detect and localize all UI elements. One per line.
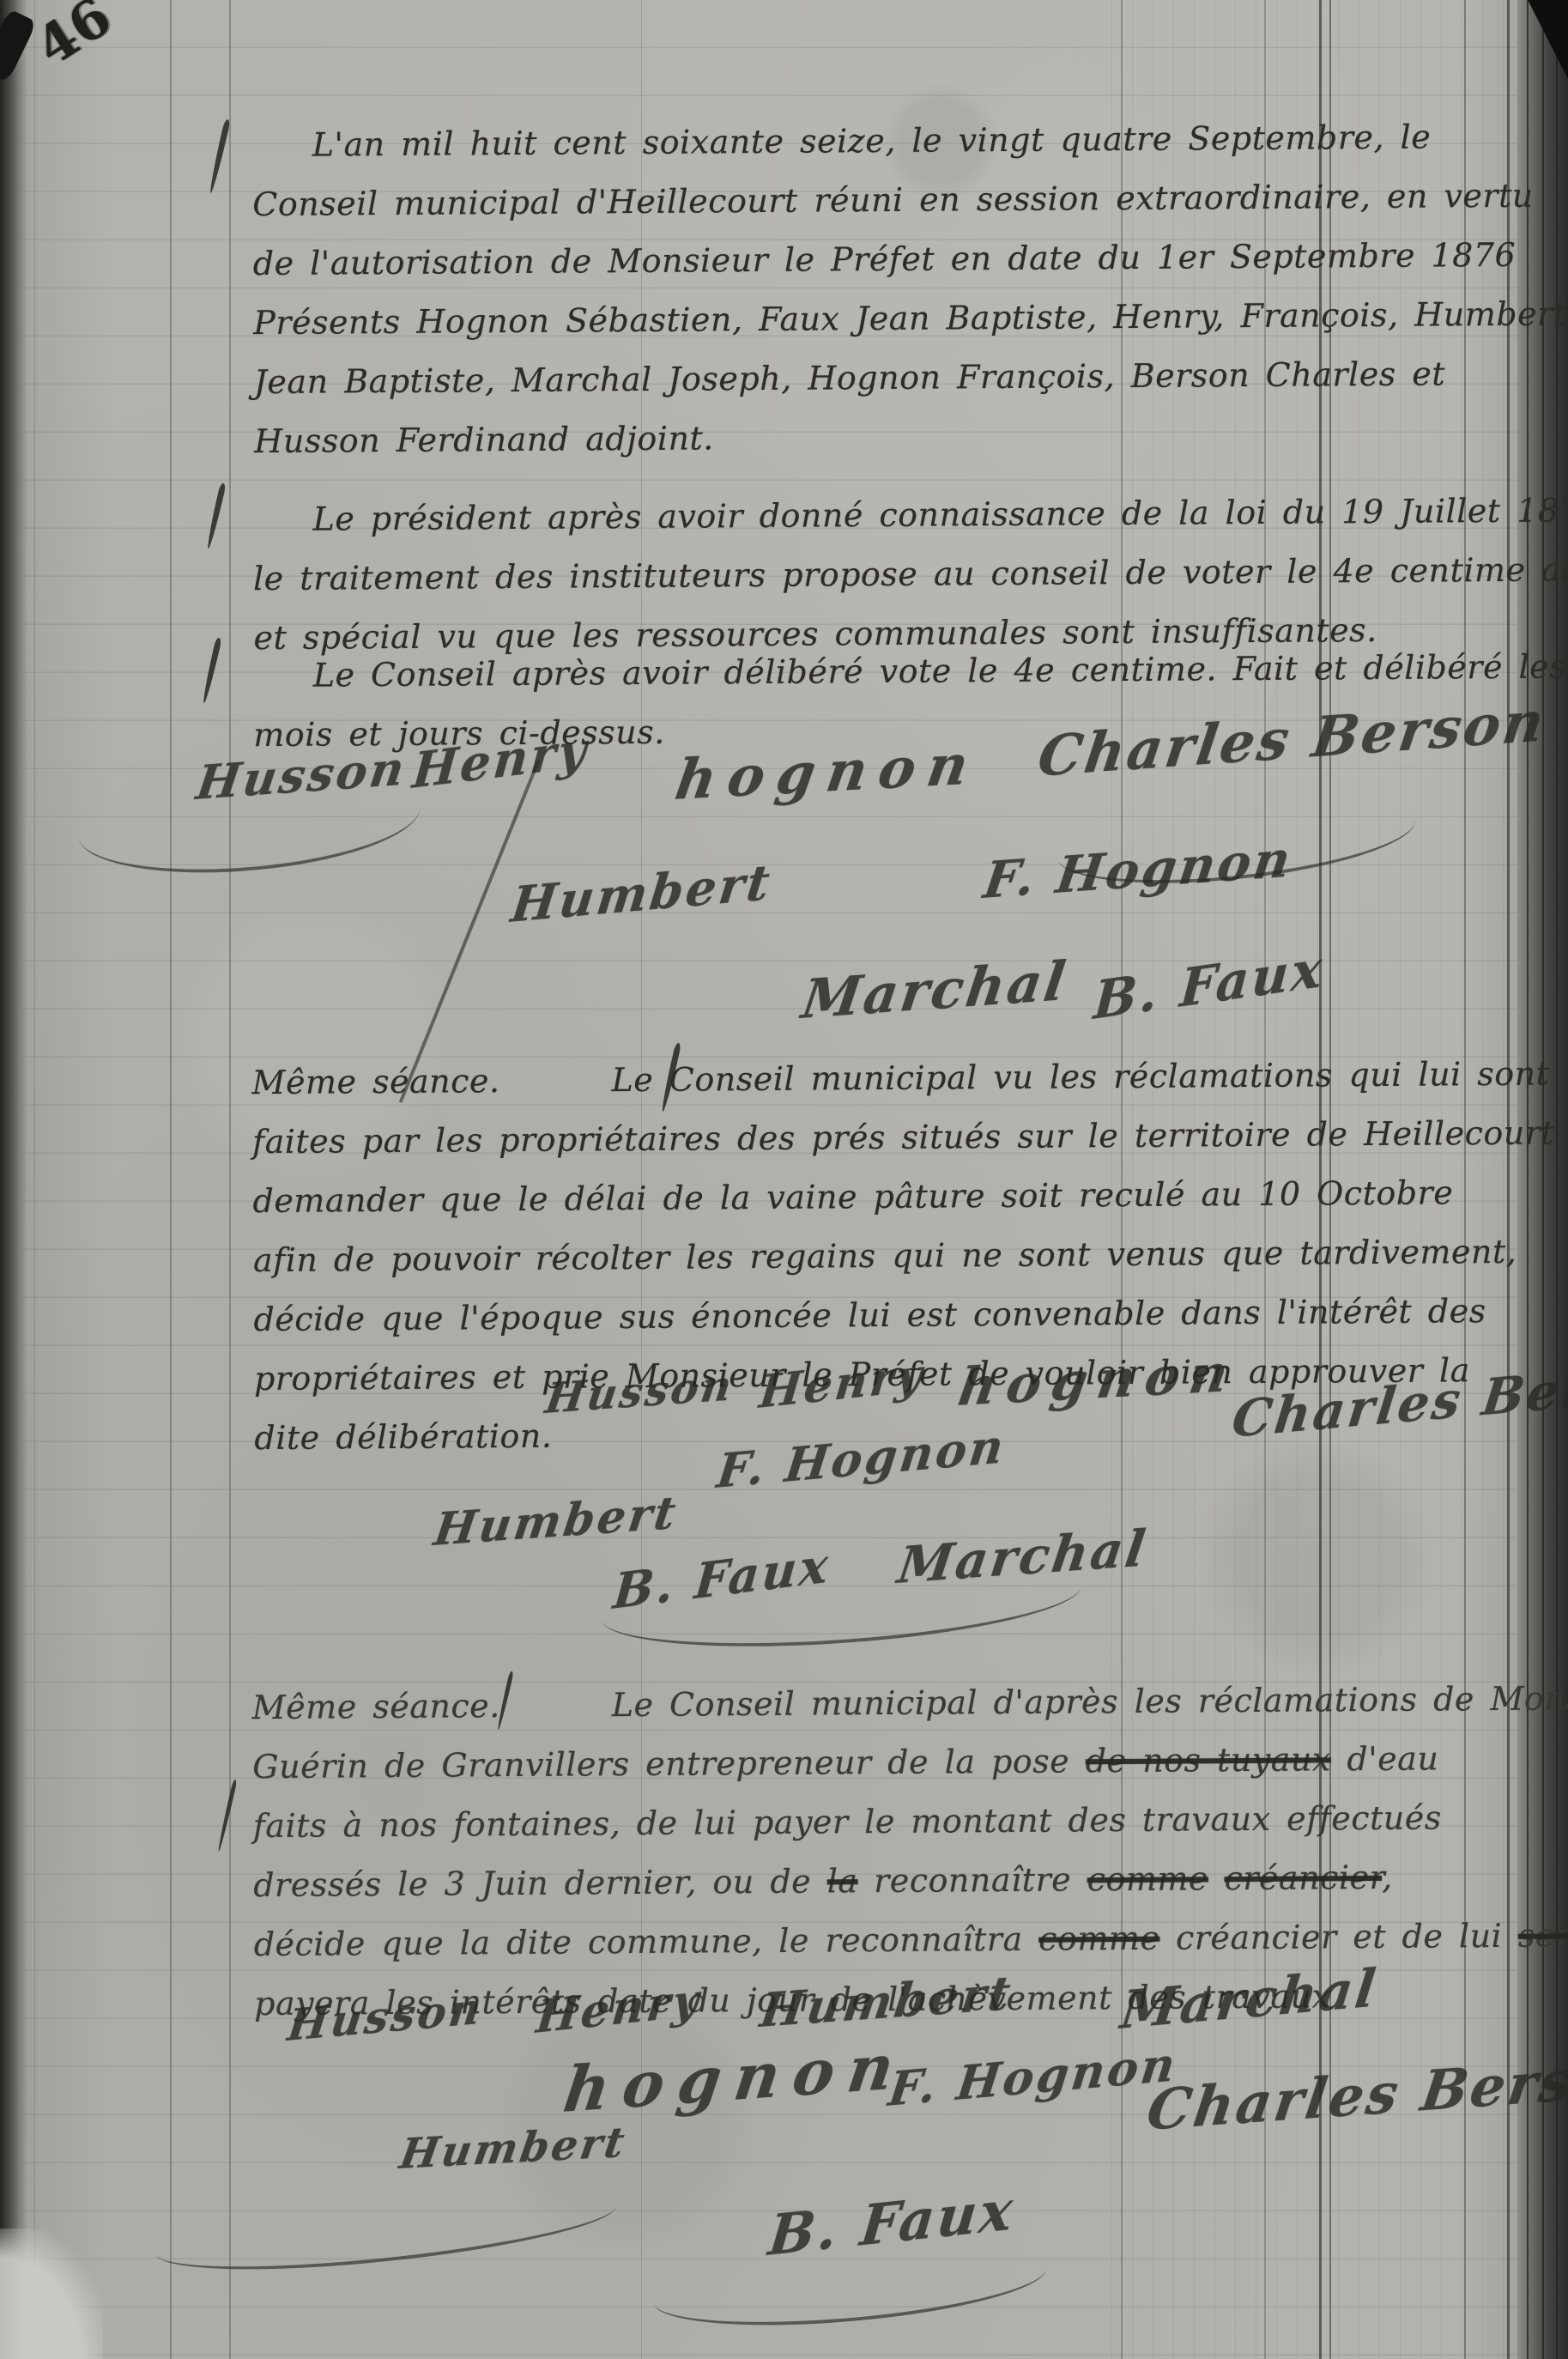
ink-stroke — [205, 482, 226, 549]
manuscript-text-segment: Présents Hognon Sébastien, Faux Jean Bap… — [253, 294, 1567, 342]
manuscript-text-segment: faits à nos fontaines, de lui payer le m… — [253, 1798, 1442, 1845]
manuscript-line: faits à nos fontaines, de lui payer le m… — [253, 1788, 1506, 1856]
left-page-edge-shadow — [0, 0, 27, 2359]
ink-stroke — [208, 118, 231, 193]
manuscript-line: faites par les propriétaires des prés si… — [252, 1104, 1505, 1172]
manuscript-line: Le président après avoir donné connaissa… — [252, 482, 1505, 549]
manuscript-line: dressés le 3 Juin dernier, ou de la reco… — [253, 1847, 1506, 1915]
scanned-register-page: 46 L'an mil huit cent soixante seize, le… — [0, 0, 1568, 2359]
paragraph-ouverture-seance: L'an mil huit cent soixante seize, le vi… — [252, 107, 1508, 471]
manuscript-text-segment: décide que l'époque sus énoncée lui est … — [253, 1292, 1486, 1338]
manuscript-text-segment: Le Conseil municipal d'après les réclama… — [500, 1679, 1568, 1725]
manuscript-text-segment: , — [1382, 1859, 1393, 1896]
underlying-page-edge-line — [1527, 0, 1529, 2359]
signature-humbert: Humbert — [508, 854, 775, 934]
manuscript-line: Conseil municipal d'Heillecourt réuni en… — [252, 167, 1505, 234]
manuscript-text-segment: sera — [1518, 1916, 1568, 1955]
manuscript-text-segment: Même séance. — [251, 1062, 499, 1101]
manuscript-text-segment: d'eau — [1331, 1739, 1439, 1778]
signature-humbert: Humbert — [397, 2119, 630, 2179]
manuscript-line: L'an mil huit cent soixante seize, le vi… — [252, 107, 1505, 175]
manuscript-text-segment: faites par les propriétaires des prés si… — [252, 1113, 1568, 1161]
manuscript-text-segment: L'an mil huit cent soixante seize, le vi… — [312, 118, 1432, 164]
page-number-stamp: 46 — [25, 0, 123, 78]
signature-flourish — [153, 2174, 621, 2285]
manuscript-line: de l'autorisation de Monsieur le Préfet … — [253, 226, 1506, 294]
left-margin-line — [170, 0, 172, 2359]
manuscript-text-segment: la — [827, 1862, 858, 1900]
manuscript-line: afin de pouvoir récolter les regains qui… — [253, 1222, 1506, 1290]
underlying-page-edge-line — [1556, 0, 1558, 2359]
manuscript-text-segment: décide que la dite commune, le reconnaît… — [254, 1920, 1039, 1963]
manuscript-text-segment: tuyaux — [1201, 1740, 1331, 1779]
manuscript-text-segment: Le Conseil municipal vu les réclamations… — [499, 1055, 1549, 1101]
left-margin-line — [229, 0, 231, 2359]
gutter-fold-line — [34, 0, 35, 2359]
manuscript-line: Présents Hognon Sébastien, Faux Jean Bap… — [253, 285, 1506, 353]
manuscript-text-segment: dressés le 3 Juin dernier, ou de — [253, 1862, 827, 1904]
ink-stroke — [201, 637, 221, 704]
ink-stroke — [216, 1780, 237, 1853]
underlying-page-edge-line — [1542, 0, 1544, 2359]
bottom-left-light-patch — [0, 2229, 103, 2359]
signature-hognon: hognon — [560, 2028, 912, 2126]
manuscript-text-segment: Husson Ferdinand adjoint. — [254, 419, 714, 460]
signature-humbert: Humbert — [431, 1486, 681, 1556]
manuscript-text-segment: de nos — [1086, 1741, 1202, 1780]
manuscript-text-segment: reconnaître — [857, 1860, 1087, 1900]
manuscript-text-segment — [1208, 1859, 1225, 1897]
manuscript-text-segment: Conseil municipal d'Heillecourt réuni en… — [252, 177, 1534, 223]
manuscript-text-segment: Jean Baptiste, Marchal Joseph, Hognon Fr… — [254, 355, 1446, 401]
manuscript-text-segment: comme — [1087, 1859, 1209, 1898]
manuscript-text-segment: Guérin de Granvillers entrepreneur de la… — [252, 1742, 1086, 1786]
manuscript-line: Même séance.Le Conseil municipal d'après… — [252, 1670, 1505, 1737]
manuscript-text-segment: comme — [1038, 1919, 1160, 1958]
manuscript-text-segment: créancier — [1224, 1859, 1382, 1897]
manuscript-text-segment: Même séance. — [252, 1687, 500, 1726]
manuscript-text-segment: afin de pouvoir récolter les regains qui… — [253, 1233, 1517, 1279]
manuscript-line: Le Conseil après avoir délibéré vote le … — [253, 638, 1506, 706]
manuscript-line: Husson Ferdinand adjoint. — [254, 403, 1507, 471]
manuscript-line: décide que l'époque sus énoncée lui est … — [253, 1282, 1506, 1349]
column-line-dark — [1507, 0, 1510, 2359]
manuscript-text-segment: créancier et de lui — [1159, 1917, 1518, 1957]
manuscript-line: demander que le délai de la vaine pâture… — [252, 1163, 1505, 1231]
manuscript-line: Guérin de Granvillers entrepreneur de la… — [252, 1729, 1505, 1797]
manuscript-line: Même séance.Le Conseil municipal vu les … — [251, 1045, 1504, 1113]
manuscript-line: le traitement des instituteurs propose a… — [253, 541, 1506, 609]
manuscript-text-segment: Le président après avoir donné connaissa… — [312, 491, 1568, 538]
manuscript-text-segment: le traitement des instituteurs propose a… — [253, 549, 1568, 597]
signature-marchal: Marchal — [798, 949, 1072, 1031]
manuscript-text-segment: de l'autorisation de Monsieur le Préfet … — [253, 236, 1517, 282]
manuscript-text-segment: dite délibération. — [254, 1417, 552, 1457]
manuscript-text-segment: Le Conseil après avoir délibéré vote le … — [313, 647, 1568, 694]
manuscript-text-segment: demander que le délai de la vaine pâture… — [252, 1173, 1453, 1220]
manuscript-line: Jean Baptiste, Marchal Joseph, Hognon Fr… — [253, 344, 1506, 412]
